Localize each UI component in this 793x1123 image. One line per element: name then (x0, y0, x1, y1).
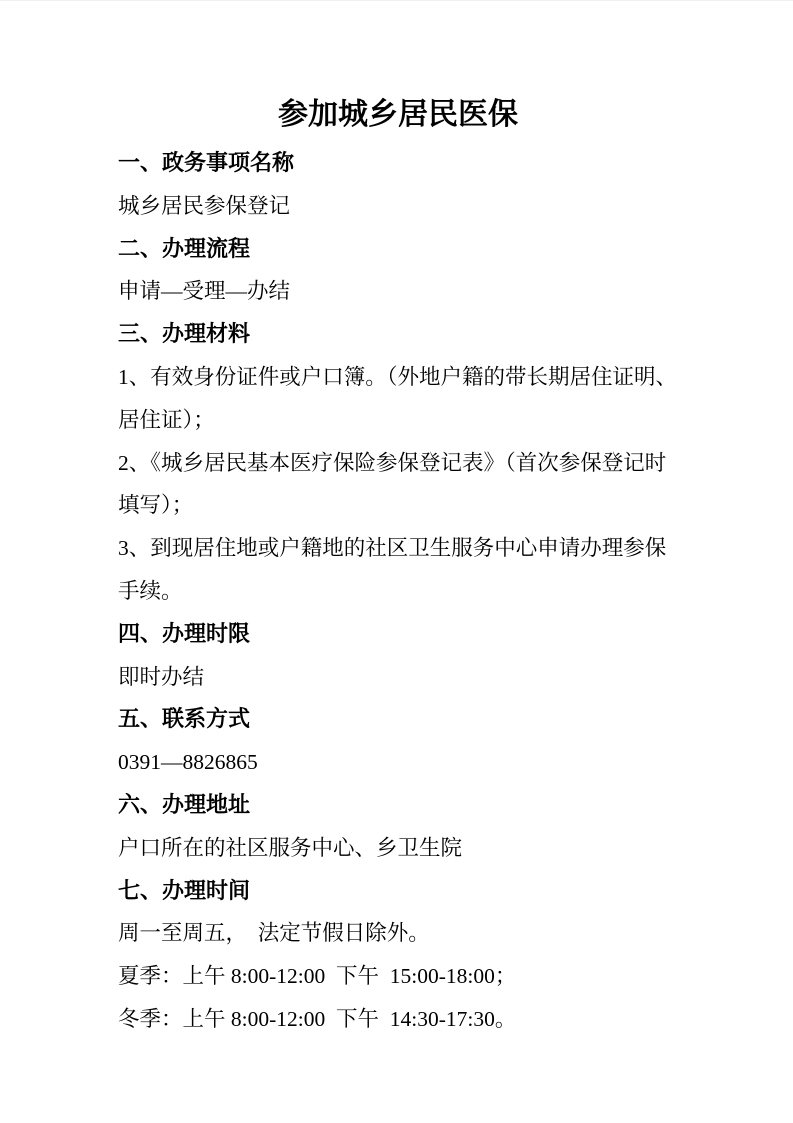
section-3-line-1: 1、有效身份证件或户口簿。（外地户籍的带长期居住证明、 (118, 356, 678, 399)
section-7-line-2: 夏季：上午 8:00-12:00 下午 15:00-18:00； (118, 955, 678, 998)
section-5-heading: 五、联系方式 (118, 698, 678, 741)
document-title: 参加城乡居民医保 (118, 93, 678, 142)
section-2-line-1: 申请—受理—办结 (118, 270, 678, 313)
section-3-line-4: 填写）； (118, 484, 678, 527)
document-page: 参加城乡居民医保 一、政务事项名称 城乡居民参保登记 二、办理流程 申请—受理—… (0, 0, 793, 1123)
section-3-line-5: 3、到现居住地或户籍地的社区卫生服务中心申请办理参保 (118, 527, 678, 570)
section-5-line-1: 0391—8826865 (118, 741, 678, 784)
section-3-line-3: 2、《城乡居民基本医疗保险参保登记表》（首次参保登记时 (118, 442, 678, 485)
section-7-heading: 七、办理时间 (118, 870, 678, 913)
section-6-line-1: 户口所在的社区服务中心、乡卫生院 (118, 827, 678, 870)
section-1-heading: 一、政务事项名称 (118, 142, 678, 185)
section-3-line-6: 手续。 (118, 570, 678, 613)
section-4-heading: 四、办理时限 (118, 613, 678, 656)
section-3-heading: 三、办理材料 (118, 313, 678, 356)
section-3-line-2: 居住证）； (118, 399, 678, 442)
section-6-heading: 六、办理地址 (118, 784, 678, 827)
section-4-line-1: 即时办结 (118, 656, 678, 699)
section-7-line-3: 冬季：上午 8:00-12:00 下午 14:30-17:30。 (118, 998, 678, 1041)
section-1-line-1: 城乡居民参保登记 (118, 185, 678, 228)
document-content: 参加城乡居民医保 一、政务事项名称 城乡居民参保登记 二、办理流程 申请—受理—… (118, 93, 678, 1041)
section-7-line-1: 周一至周五， 法定节假日除外。 (118, 912, 678, 955)
section-2-heading: 二、办理流程 (118, 228, 678, 271)
